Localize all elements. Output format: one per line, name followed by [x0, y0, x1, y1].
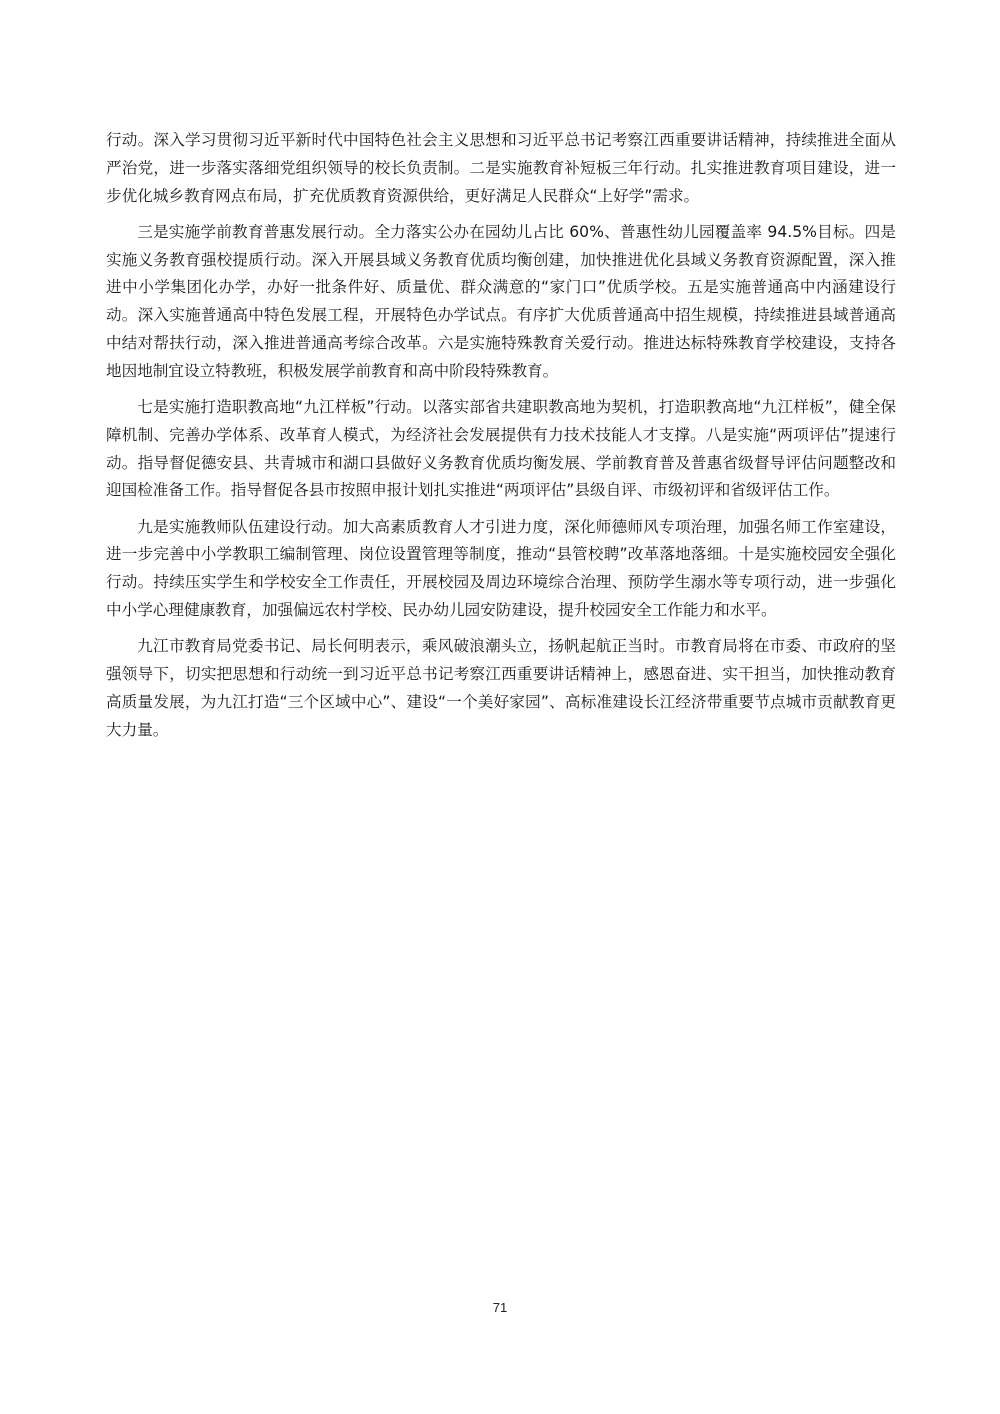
- paragraph-5: 九江市教育局党委书记、局长何明表示，乘风破浪潮头立，扬帆起航正当时。市教育局将在…: [106, 633, 896, 744]
- paragraph-1: 行动。深入学习贯彻习近平新时代中国特色社会主义思想和习近平总书记考察江西重要讲话…: [106, 127, 896, 210]
- body-text: 行动。深入学习贯彻习近平新时代中国特色社会主义思想和习近平总书记考察江西重要讲话…: [106, 127, 896, 753]
- paragraph-3: 七是实施打造职教高地“九江样板”行动。以落实部省共建职教高地为契机，打造职教高地…: [106, 394, 896, 505]
- document-page: 行动。深入学习贯彻习近平新时代中国特色社会主义思想和习近平总书记考察江西重要讲话…: [0, 0, 1000, 1414]
- paragraph-2: 三是实施学前教育普惠发展行动。全力落实公办在园幼儿占比 60%、普惠性幼儿园覆盖…: [106, 219, 896, 386]
- page-number: 71: [0, 1300, 1000, 1315]
- paragraph-4: 九是实施教师队伍建设行动。加大高素质教育人才引进力度，深化师德师风专项治理，加强…: [106, 514, 896, 625]
